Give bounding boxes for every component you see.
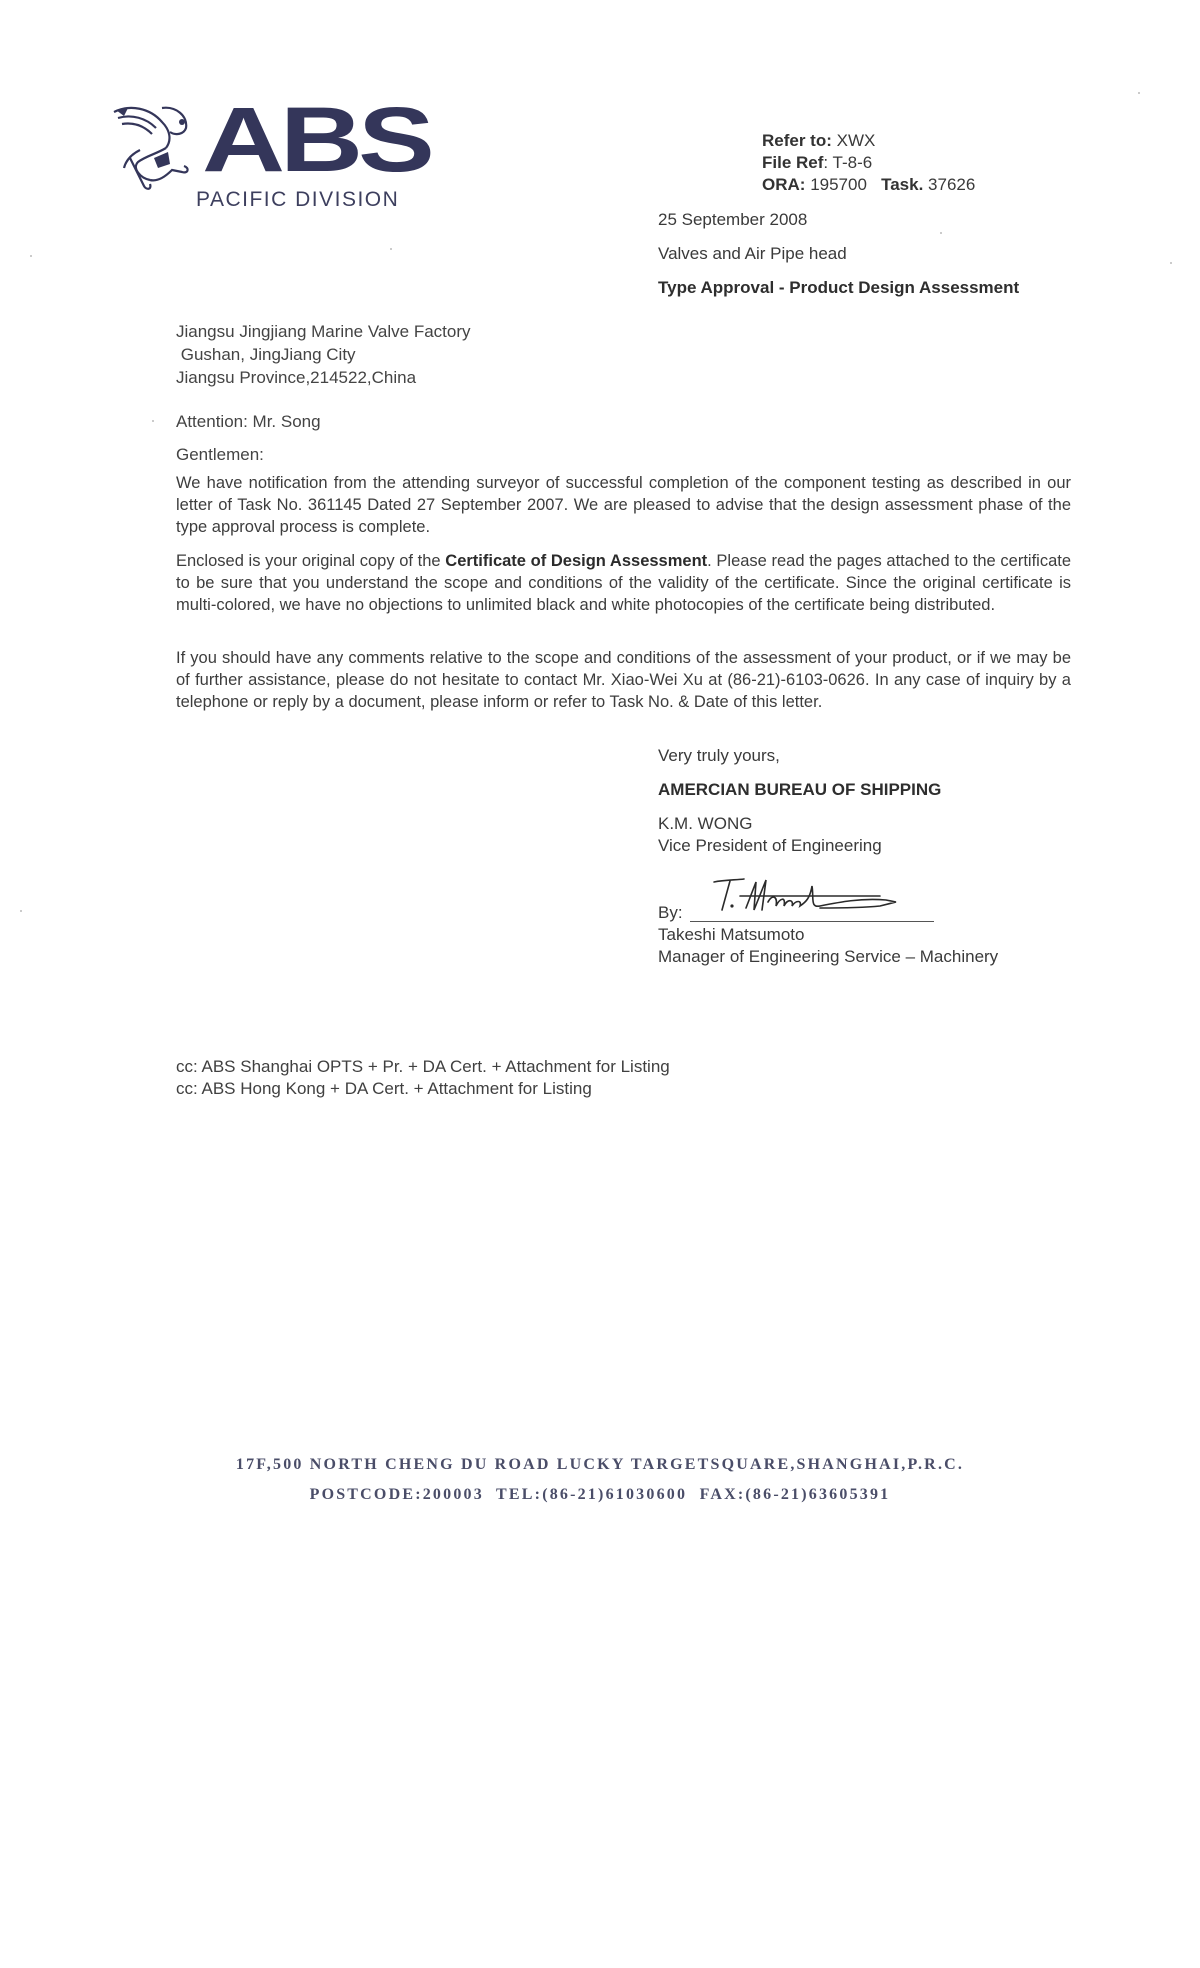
logo-wordmark: ABS [202, 94, 430, 186]
file-ref-value: T-8-6 [833, 153, 873, 172]
logo-division: PACIFIC DIVISION [196, 188, 399, 212]
scan-speck [940, 232, 942, 234]
ora-task: ORA: 195700 Task. 37626 [762, 174, 975, 196]
footer-address: 17F,500 NORTH CHENG DU ROAD LUCKY TARGET… [0, 1456, 1200, 1474]
cc-line: cc: ABS Shanghai OPTS + Pr. + DA Cert. +… [176, 1056, 670, 1078]
scan-speck [20, 910, 22, 912]
file-ref: File Ref: T-8-6 [762, 152, 872, 174]
abs-logo: ABS PACIFIC DIVISION [110, 100, 430, 220]
refer-to-value: XWX [837, 131, 876, 150]
recipient-address: Jiangsu Jingjiang Marine Valve Factory G… [176, 320, 471, 389]
signature-line [690, 921, 934, 922]
file-ref-label: File Ref [762, 153, 823, 172]
organization-name: AMERCIAN BUREAU OF SHIPPING [658, 779, 941, 801]
signer-name: Takeshi Matsumoto [658, 924, 804, 946]
salutation: Gentlemen: [176, 443, 264, 466]
signer-title: Manager of Engineering Service – Machine… [658, 946, 998, 968]
letter-date: 25 September 2008 [658, 210, 807, 230]
body-paragraph-3: If you should have any comments relative… [176, 647, 1071, 713]
handwritten-signature [710, 872, 920, 922]
body-paragraph-2: Enclosed is your original copy of the Ce… [176, 550, 1071, 616]
ora-value: 195700 [810, 175, 867, 194]
task-value: 37626 [928, 175, 975, 194]
body-paragraph-1: We have notification from the attending … [176, 472, 1071, 538]
officer-title: Vice President of Engineering [658, 835, 882, 857]
address-line: Jiangsu Jingjiang Marine Valve Factory [176, 320, 471, 343]
task-label: Task. [881, 175, 923, 194]
refer-to: Refer to: XWX [762, 130, 875, 152]
certificate-title: Certificate of Design Assessment [445, 552, 707, 570]
by-label: By: [658, 902, 683, 924]
scan-speck [390, 248, 392, 250]
address-line: Gushan, JingJiang City [176, 343, 471, 366]
attention-line: Attention: Mr. Song [176, 410, 321, 433]
valediction: Very truly yours, [658, 745, 780, 767]
eagle-icon [110, 100, 205, 195]
address-line: Jiangsu Province,214522,China [176, 366, 471, 389]
cc-line: cc: ABS Hong Kong + DA Cert. + Attachmen… [176, 1078, 592, 1100]
officer-name: K.M. WONG [658, 813, 752, 835]
scan-speck [1138, 92, 1140, 94]
scan-speck [1170, 262, 1172, 264]
subject-title: Type Approval - Product Design Assessmen… [658, 278, 1019, 298]
scan-speck [152, 420, 154, 422]
scan-speck [30, 255, 32, 257]
ora-label: ORA: [762, 175, 805, 194]
footer-contact: POSTCODE:200003 TEL:(86-21)61030600 FAX:… [0, 1486, 1200, 1504]
refer-to-label: Refer to: [762, 131, 832, 150]
subject-line: Valves and Air Pipe head [658, 244, 847, 264]
